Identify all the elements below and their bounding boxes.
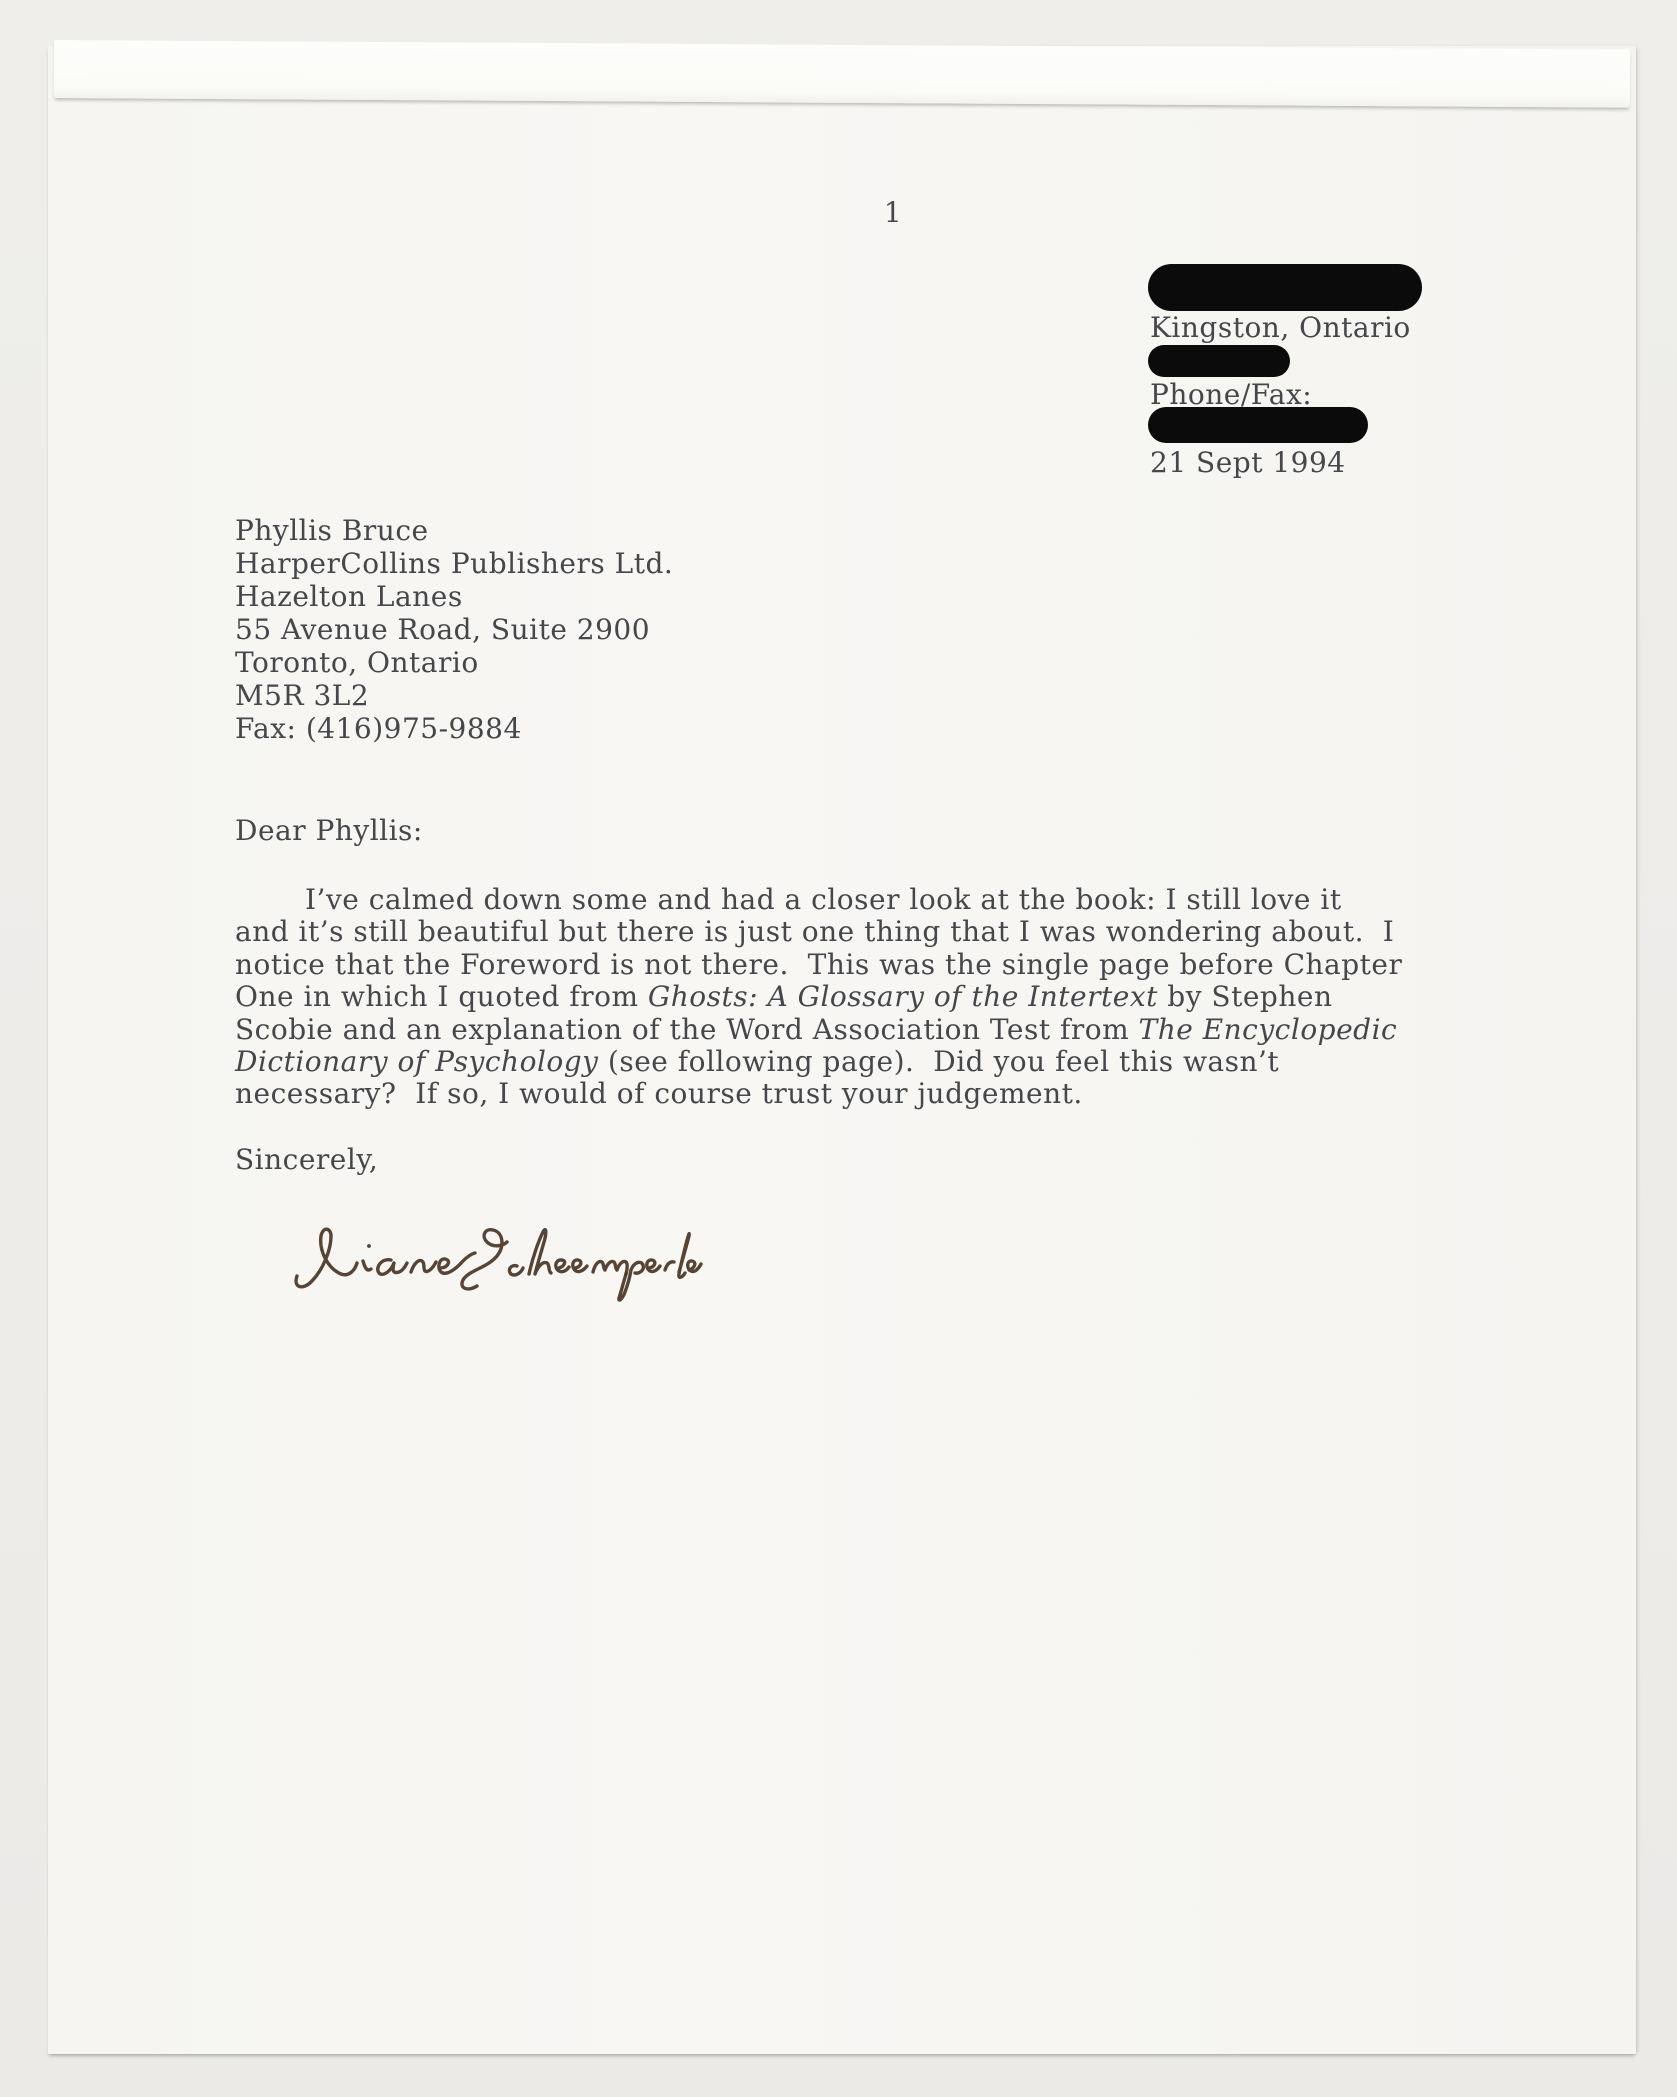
body-line: One in which I quoted from Ghosts: A Glo… <box>235 981 1495 1013</box>
salutation: Dear Phyllis: <box>235 814 423 847</box>
body-line: necessary? If so, I would of course trus… <box>235 1078 1495 1110</box>
recipient-address-block: Phyllis Bruce HarperCollins Publishers L… <box>235 514 673 745</box>
sender-city-line: Kingston, Ontario <box>1150 311 1411 344</box>
letter-page: 1 Kingston, Ontario Phone/Fax: 21 Sept 1… <box>48 46 1636 2054</box>
closing: Sincerely, <box>235 1143 378 1176</box>
page-number: 1 <box>878 196 908 229</box>
body-line: notice that the Foreword is not there. T… <box>235 949 1495 981</box>
sender-block: Kingston, Ontario Phone/Fax: 21 Sept 199… <box>1148 264 1568 494</box>
scanned-letter: 1 Kingston, Ontario Phone/Fax: 21 Sept 1… <box>0 0 1677 2097</box>
redaction-bar-phone-number <box>1148 407 1368 443</box>
redaction-bar-street-address <box>1148 264 1422 311</box>
recipient-city: Toronto, Ontario <box>235 646 673 679</box>
handwritten-signature <box>291 1216 703 1304</box>
recipient-name: Phyllis Bruce <box>235 514 673 547</box>
recipient-building: Hazelton Lanes <box>235 580 673 613</box>
body-line: and it’s still beautiful but there is ju… <box>235 916 1495 948</box>
recipient-street: 55 Avenue Road, Suite 2900 <box>235 613 673 646</box>
redaction-bar-postal-code <box>1148 345 1290 377</box>
body-line: Scobie and an explanation of the Word As… <box>235 1014 1495 1046</box>
letter-date: 21 Sept 1994 <box>1150 446 1346 479</box>
recipient-company: HarperCollins Publishers Ltd. <box>235 547 673 580</box>
body-line: I’ve calmed down some and had a closer l… <box>235 884 1495 916</box>
body-line: Dictionary of Psychology (see following … <box>235 1046 1495 1078</box>
letter-body: I’ve calmed down some and had a closer l… <box>235 884 1495 1111</box>
underlying-page-top-edge <box>54 40 1630 108</box>
recipient-postal-code: M5R 3L2 <box>235 679 673 712</box>
recipient-fax: Fax: (416)975-9884 <box>235 712 673 745</box>
